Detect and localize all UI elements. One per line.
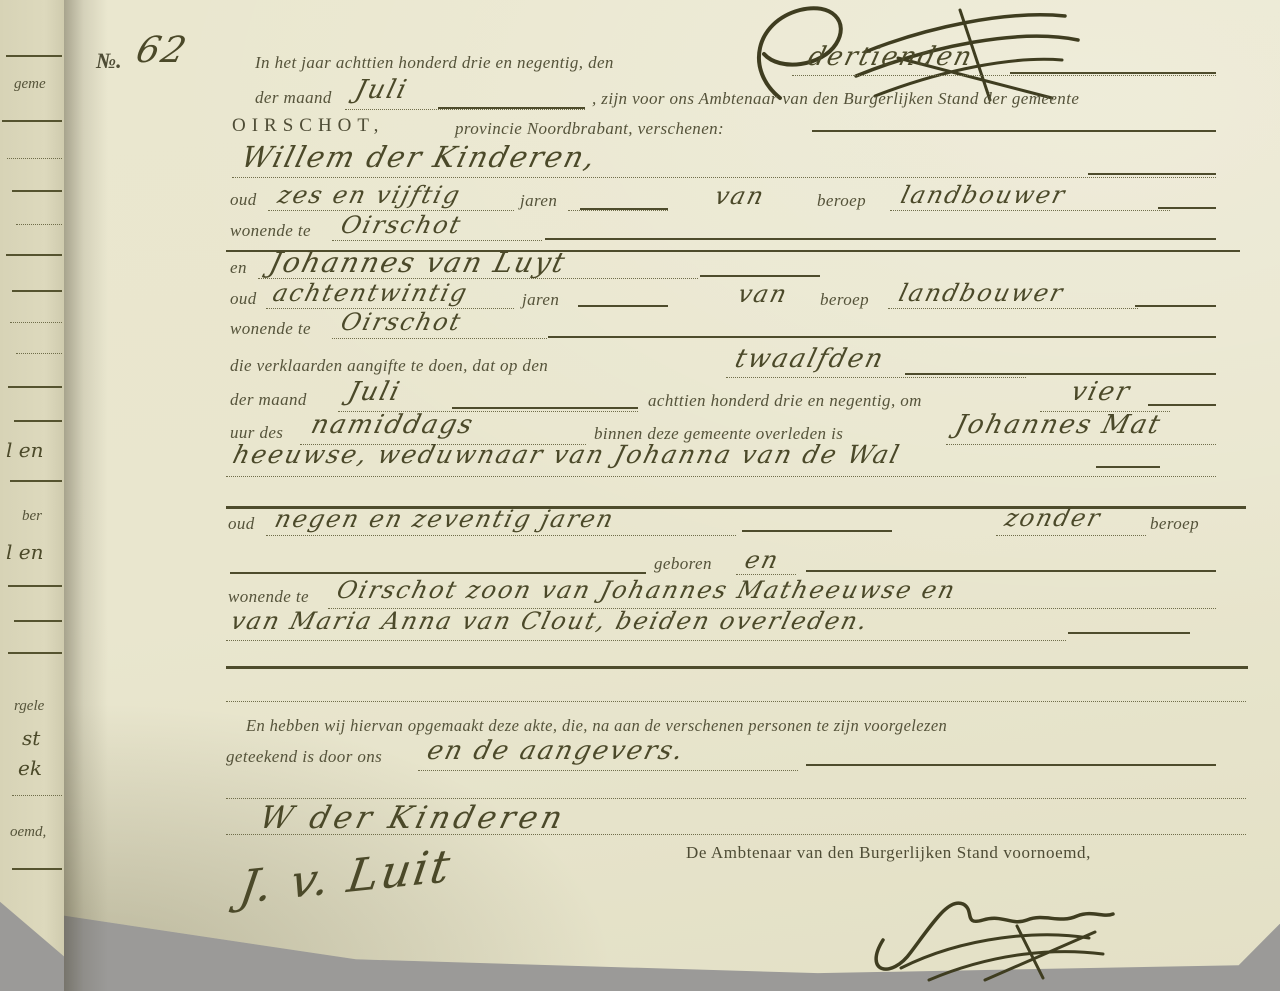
print-age-label: oud: [230, 289, 257, 309]
solid-rule: [1096, 466, 1160, 468]
hand-death-report-day: dertienden: [805, 42, 977, 72]
print-years-label: jaren: [520, 191, 557, 211]
print-residence-label: wonende te: [228, 587, 309, 607]
solid-rule: [452, 407, 638, 409]
print-officials-line: , zijn voor ons Ambtenaar van den Burger…: [592, 89, 1079, 109]
hand-death-day: twaalfden: [732, 344, 888, 374]
dotted-rule: [726, 377, 1026, 378]
dotted-rule: [890, 210, 1170, 211]
print-month-label: der maand: [230, 390, 307, 410]
dotted-rule: [226, 834, 1246, 835]
solid-rule: [1158, 207, 1216, 209]
print-year-line: In het jaar achttien honderd drie en neg…: [255, 53, 614, 73]
print-year-hour-line: achttien honderd drie en negentig, om: [648, 391, 922, 411]
hand-deceased-age: negen en zeventig jaren: [272, 505, 618, 533]
hand-declarant1-profession: landbouwer: [898, 181, 1069, 209]
solid-rule: [806, 570, 1216, 572]
dotted-rule: [226, 476, 1216, 477]
section-rule: [226, 666, 1248, 669]
hand-deceased-name-part1: Johannes Mat: [952, 410, 1165, 440]
print-age-label: oud: [228, 514, 255, 534]
dotted-rule: [736, 574, 796, 575]
print-closing-line1: En hebben wij hiervan opgemaakt deze akt…: [246, 716, 947, 736]
signature-declarant1: W der Kinderen: [256, 800, 570, 836]
solid-rule: [1068, 632, 1190, 634]
solid-rule: [742, 530, 892, 532]
solid-rule: [905, 373, 1216, 375]
hand-death-hour: vier: [1068, 377, 1134, 407]
signature-declarant2: J. v. Luit: [236, 839, 455, 914]
dotted-rule: [888, 308, 1138, 309]
signature-official-flourish: [845, 880, 1155, 985]
dotted-rule: [226, 640, 1066, 641]
print-residence-label: wonende te: [230, 319, 311, 339]
solid-rule: [812, 130, 1216, 132]
print-closing-line2: geteekend is door ons: [226, 747, 382, 767]
print-profession-label: beroep: [817, 191, 866, 211]
print-years-label: jaren: [522, 290, 559, 310]
hand-van: van: [712, 182, 768, 210]
print-month-label: der maand: [255, 88, 332, 108]
dotted-rule: [332, 338, 547, 339]
dotted-rule: [418, 770, 798, 771]
solid-rule: [1088, 173, 1216, 175]
dotted-rule: [946, 444, 1216, 445]
dotted-rule: [226, 701, 1246, 702]
solid-rule: [438, 107, 585, 109]
hand-death-month: Juli: [345, 377, 404, 407]
hand-deceased-name-part2: heeuwse, weduwnaar van Johanna van de Wa…: [230, 440, 904, 469]
solid-rule: [578, 305, 668, 307]
act-number-value: 62: [132, 30, 192, 71]
print-profession-label: beroep: [1150, 514, 1199, 534]
hand-deceased-parents: van Maria Anna van Clout, beiden overled…: [228, 607, 872, 635]
hand-deceased-residence-parents: Oirschot zoon van Johannes Matheeuwse en: [334, 576, 959, 604]
hand-declarant1-residence: Oirschot: [338, 211, 465, 239]
solid-rule: [545, 238, 1216, 240]
hand-report-month: Juli: [352, 75, 411, 105]
print-and-label: en: [230, 258, 247, 278]
solid-rule: [548, 336, 1216, 338]
hand-born-entry: en: [742, 546, 783, 574]
dotted-rule: [226, 798, 1246, 799]
print-municipality: OIRSCHOT,: [232, 115, 384, 137]
solid-rule: [700, 275, 820, 277]
dotted-rule: [568, 210, 668, 211]
dotted-rule: [232, 177, 1216, 178]
print-province-line: provincie Noordbrabant, verschenen:: [455, 119, 724, 139]
dotted-rule: [332, 240, 542, 241]
hand-declarant1-age: zes en vijftig: [275, 181, 464, 209]
solid-rule: [806, 764, 1216, 766]
solid-rule: [230, 572, 646, 574]
print-age-label: oud: [230, 190, 257, 210]
dotted-rule: [792, 75, 1216, 76]
death-certificate-scan: geme l en ber l en rgele st ek oemd,: [0, 0, 1280, 991]
dotted-rule: [996, 535, 1146, 536]
hand-declarant2-profession: landbouwer: [896, 279, 1067, 307]
act-number-label: №.: [96, 48, 122, 74]
solid-rule: [580, 208, 668, 210]
hand-declarant1-name: Willem der Kinderen,: [238, 140, 601, 174]
certificate-content: №. 62 In het jaar achttien honderd drie …: [0, 0, 1280, 991]
print-residence-label: wonende te: [230, 221, 311, 241]
dotted-rule: [345, 109, 585, 110]
print-born-label: geboren: [654, 554, 712, 574]
print-profession-label: beroep: [820, 290, 869, 310]
print-declaration-line: die verklaarden aangifte te doen, dat op…: [230, 356, 548, 376]
solid-rule: [1010, 72, 1216, 74]
hand-van: van: [735, 280, 791, 308]
hand-zonder: zonder: [1002, 504, 1105, 532]
hand-declarant2-residence: Oirschot: [338, 308, 465, 336]
solid-rule: [1135, 305, 1216, 307]
solid-rule: [1148, 404, 1216, 406]
hand-declarant2-name: Johannes van Luyt: [266, 246, 570, 279]
print-official-title: De Ambtenaar van den Burgerlijken Stand …: [686, 843, 1091, 863]
hand-declarant2-age: achtentwintig: [270, 279, 471, 307]
hand-signed-by: en de aangevers.: [424, 736, 688, 766]
dotted-rule: [266, 535, 736, 536]
hand-daypart: namiddags: [308, 410, 477, 440]
